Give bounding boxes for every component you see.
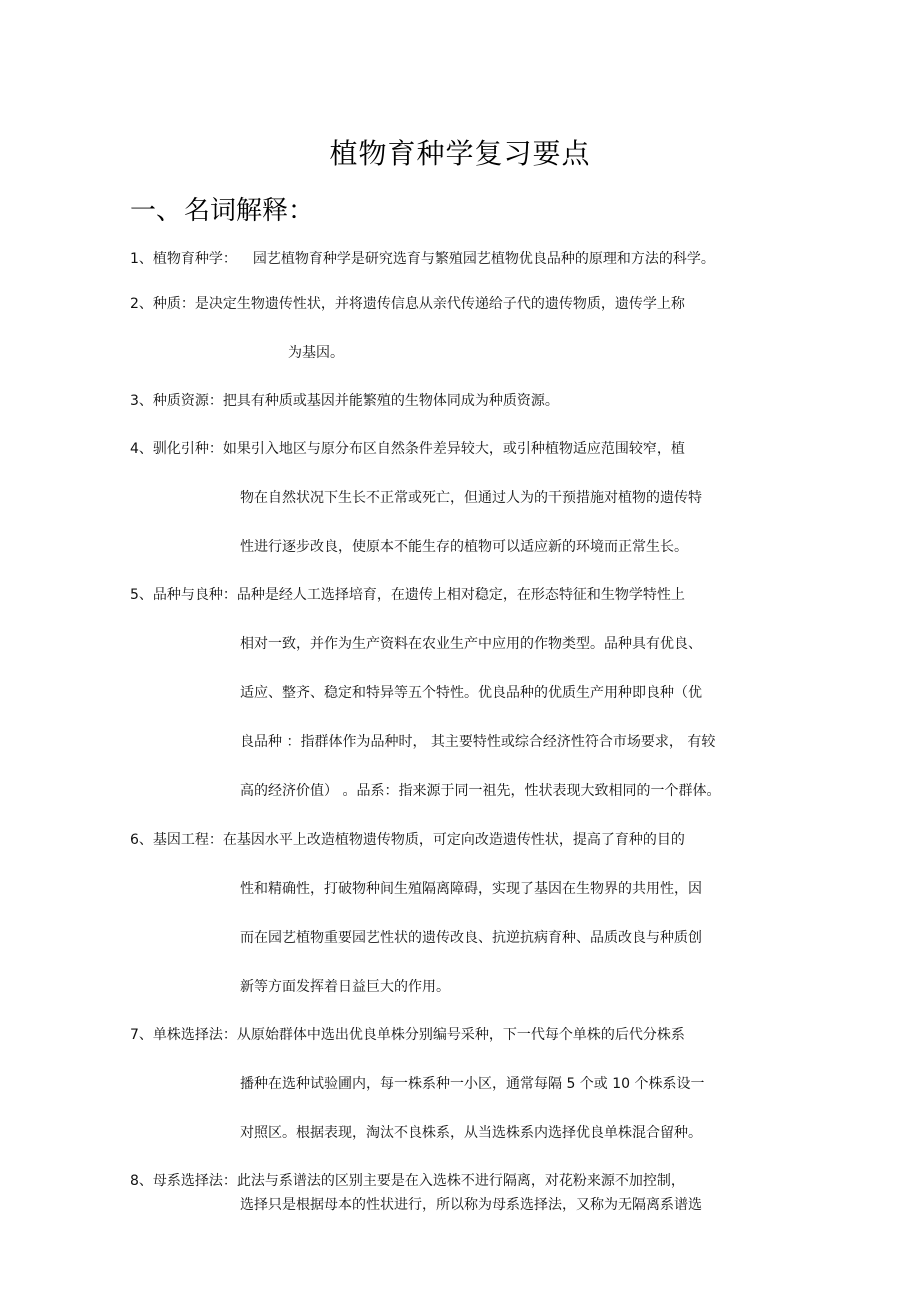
entry-term: 6、基因工程： [130,832,223,848]
entry-6-line-3: 而在园艺植物重要园艺性状的遗传改良、抗逆抗病育种、品质改良与种质创 [240,929,702,947]
entry-text: 园艺植物育种学是研究选育与繁殖园艺植物优良品种的原理和方法的科学。 [253,251,715,267]
entry-5-line-5: 高的经济价值） 。品系：指来源于同一祖先，性状表现大致相同的一个群体。 [240,782,720,800]
entry-text: 从原始群体中选出优良单株分别编号采种，下一代每个单株的后代分株系 [237,1027,685,1043]
entry-term: 2、种质： [130,296,195,312]
entry-7-line-2: 播种在选种试验圃内，每一株系种一小区，通常每隔 5 个或 10 个株系设一 [240,1075,705,1093]
entry-7-line-3: 对照区。根据表现，淘汰不良株系，从当选株系内选择优良单株混合留种。 [240,1124,702,1142]
entry-2-line-1: 2、种质：是决定生物遗传性状，并将遗传信息从亲代传递给子代的遗传物质，遗传学上称 [130,295,685,313]
entry-term: 8、母系选择法： [130,1173,237,1189]
entry-7-line-1: 7、单株选择法：从原始群体中选出优良单株分别编号采种，下一代每个单株的后代分株系 [130,1026,685,1044]
entry-text: 把具有种质或基因并能繁殖的生物体同成为种质资源。 [223,393,559,409]
entry-text: 在基因水平上改造植物遗传物质，可定向改造遗传性状，提高了育种的目的 [223,832,685,848]
entry-term: 4、驯化引种： [130,441,223,457]
entry-5-line-2: 相对一致，并作为生产资料在农业生产中应用的作物类型。品种具有优良、 [240,635,702,653]
entry-6-line-2: 性和精确性，打破物种间生殖隔离障碍，实现了基因在生物界的共用性，因 [240,880,702,898]
entry-6-line-4: 新等方面发挥着日益巨大的作用。 [240,978,450,996]
entry-5-line-3: 适应、整齐、稳定和特异等五个特性。优良品种的优质生产用种即良种（优 [240,684,702,702]
entry-text: 此法与系谱法的区别主要是在入选株不进行隔离，对花粉来源不加控制， [237,1173,685,1189]
entry-1-line-1: 1、植物育种学：园艺植物育种学是研究选育与繁殖园艺植物优良品种的原理和方法的科学… [130,250,715,268]
entry-text: 是决定生物遗传性状，并将遗传信息从亲代传递给子代的遗传物质，遗传学上称 [195,296,685,312]
entry-term: 3、种质资源： [130,393,223,409]
entry-5-line-4: 良品种 ：指群体作为品种时， 其主要特性或综合经济性符合市场要求， 有较 [240,733,715,751]
entry-3-line-1: 3、种质资源：把具有种质或基因并能繁殖的生物体同成为种质资源。 [130,392,559,410]
entry-8-line-2: 选择只是根据母本的性状进行，所以称为母系选择法，又称为无隔离系谱选 [240,1196,702,1214]
entry-4-line-3: 性进行逐步改良，使原本不能生存的植物可以适应新的环境而正常生长。 [240,538,688,556]
entry-8-line-1: 8、母系选择法：此法与系谱法的区别主要是在入选株不进行隔离，对花粉来源不加控制， [130,1172,685,1190]
entry-term: 1、植物育种学： [130,251,237,267]
entry-term: 5、品种与良种： [130,587,237,603]
section-number: 一、 [130,194,184,228]
entry-text: 品种是经人工选择培育，在遗传上相对稳定，在形态特征和生物学特性上 [237,587,685,603]
document-title: 植物育种学复习要点 [0,136,920,172]
section-title: 名词解释： [184,196,314,226]
entry-term: 7、单株选择法： [130,1027,237,1043]
entry-2-line-2: 为基因。 [288,344,344,362]
entry-4-line-1: 4、驯化引种：如果引入地区与原分布区自然条件差异较大，或引种植物适应范围较窄，植 [130,440,685,458]
entry-4-line-2: 物在自然状况下生长不正常或死亡，但通过人为的干预措施对植物的遗传特 [240,489,702,507]
entry-6-line-1: 6、基因工程：在基因水平上改造植物遗传物质，可定向改造遗传性状，提高了育种的目的 [130,831,685,849]
entry-5-line-1: 5、品种与良种：品种是经人工选择培育，在遗传上相对稳定，在形态特征和生物学特性上 [130,586,685,604]
document-page: 植物育种学复习要点 一、名词解释： 1、植物育种学：园艺植物育种学是研究选育与繁… [0,0,920,1303]
entry-text: 如果引入地区与原分布区自然条件差异较大，或引种植物适应范围较窄，植 [223,441,685,457]
section-heading: 一、名词解释： [130,194,314,228]
